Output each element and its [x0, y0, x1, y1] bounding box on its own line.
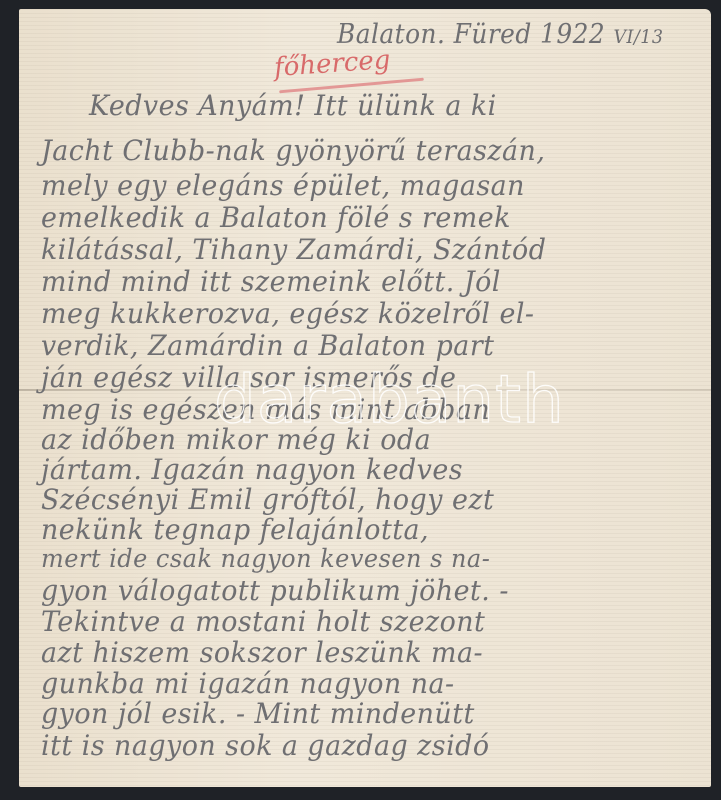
letter-line-9: ján egész villa sor ismerős de — [41, 361, 456, 394]
letter-line-10: meg is egészen más mint abban — [41, 393, 490, 426]
letter-line-12: jártam. Igazán nagyon kedves — [41, 453, 463, 486]
letter-line-18: azt hiszem sokszor leszünk ma- — [41, 636, 483, 669]
letter-line-2: Jacht Clubb-nak gyönyörű teraszán, — [41, 134, 545, 167]
letter-line-7: meg kukkerozva, egész közelről el- — [41, 297, 534, 330]
letter-page: Balaton. Füred 1922 VI/13 főherceg Kedve… — [19, 9, 711, 787]
letter-line-19: gunkba mi igazán nagyon na- — [41, 667, 455, 700]
letter-line-8: verdik, Zamárdin a Balaton part — [41, 329, 494, 362]
letter-line-5: kilátással, Tihany Zamárdi, Szántód — [41, 233, 546, 266]
letter-line-13: Szécsényi Emil gróftól, hogy ezt — [41, 483, 494, 516]
letter-line-17: Tekintve a mostani holt szezont — [41, 605, 485, 638]
letter-line-15: mert ide csak nagyon kevesen s na- — [41, 544, 490, 573]
date-fraction: VI/13 — [613, 26, 663, 48]
letter-line-1: Kedves Anyám! Itt ülünk a ki — [89, 89, 497, 122]
letter-line-11: az időben mikor még ki oda — [41, 423, 431, 456]
letter-line-6: mind mind itt szemeink előtt. Jól — [41, 265, 501, 298]
letter-line-20: gyon jól esik. - Mint mindenütt — [41, 697, 475, 730]
letter-line-4: emelkedik a Balaton fölé s remek — [41, 201, 511, 234]
letter-line-21: itt is nagyon sok a gazdag zsidó — [41, 729, 490, 762]
letter-line-3: mely egy elegáns épület, magasan — [41, 169, 525, 202]
letter-line-16: gyon válogatott publikum jöhet. - — [41, 574, 509, 607]
letter-line-14: nekünk tegnap felajánlotta, — [41, 513, 429, 546]
red-annotation: főherceg — [273, 45, 391, 83]
